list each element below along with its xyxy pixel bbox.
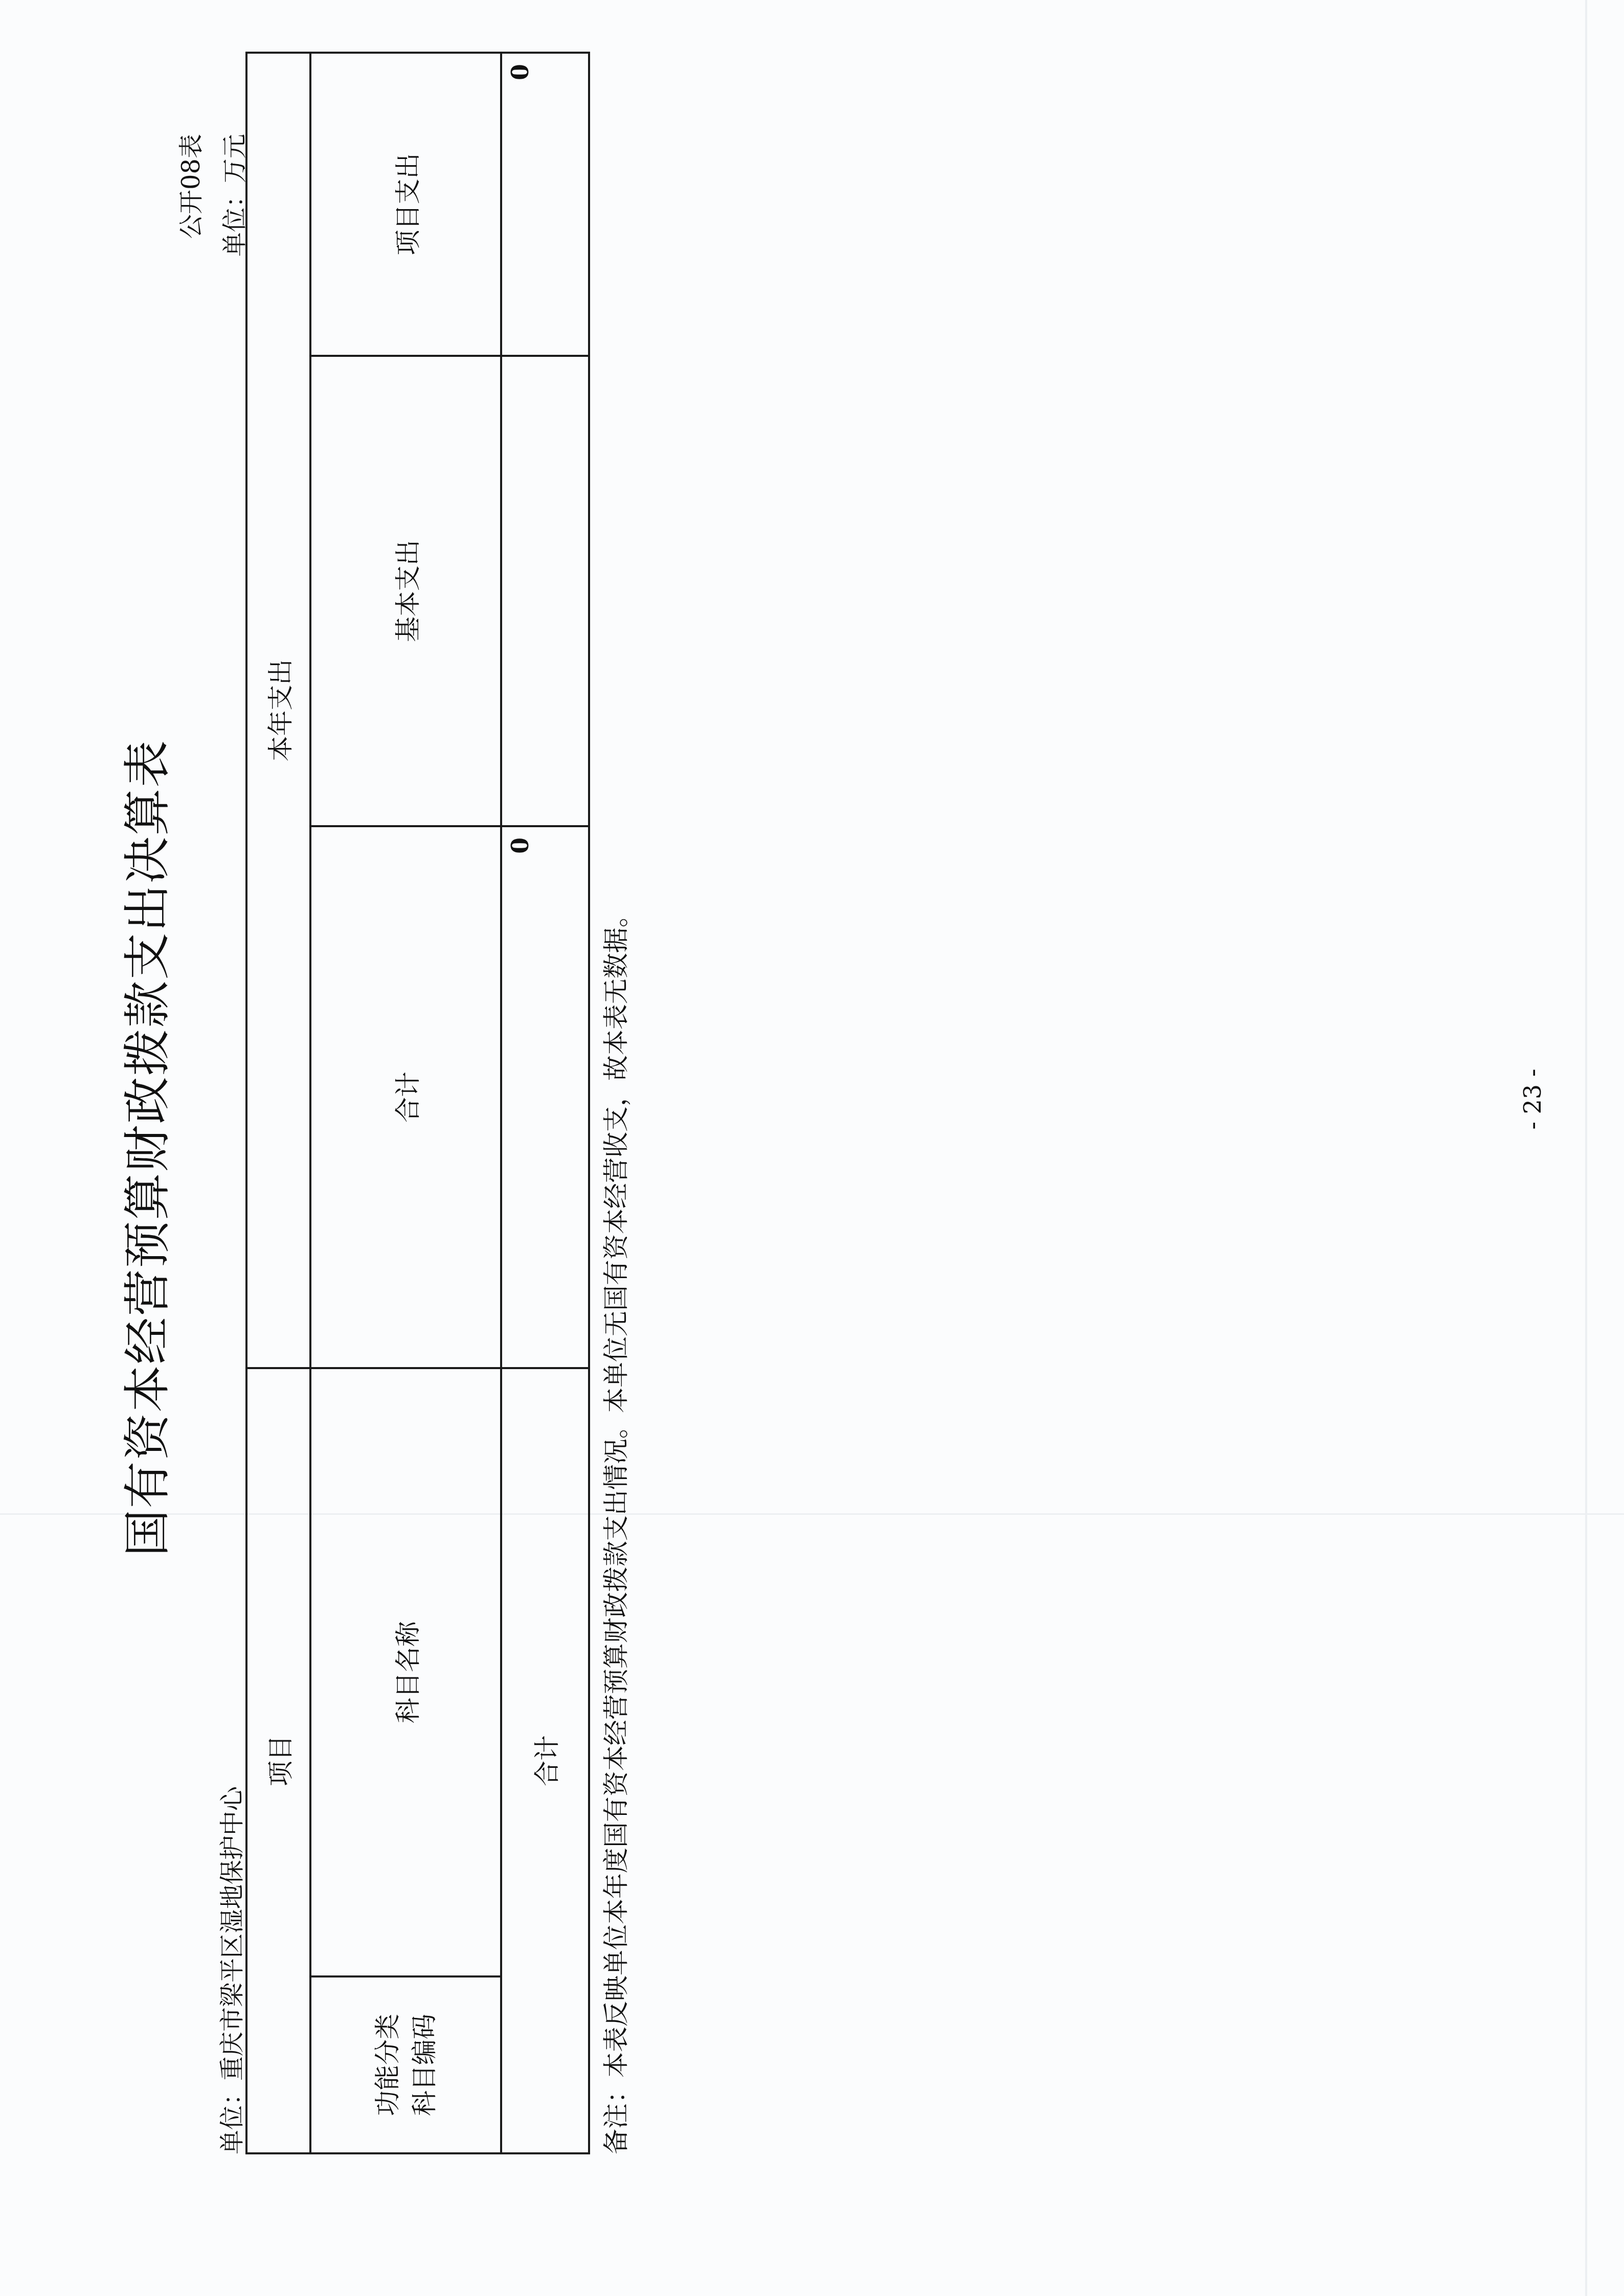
row-label-total: 合计 (501, 1368, 589, 2153)
cell-basic-expenditure (501, 356, 589, 826)
header-basic-expenditure: 基本支出 (310, 356, 501, 826)
header-item: 项目 (246, 1368, 310, 2153)
remark-note: 备注：本表反映单位本年度国有资本经营预算财政拨款支出情况。本单位无国有资本经营收… (596, 902, 633, 2154)
header-subject-name: 科目名称 (310, 1368, 501, 1976)
header-total: 合计 (310, 826, 501, 1368)
cell-project-expenditure: 0 (501, 53, 589, 356)
header-function-code: 功能分类科目编码 (310, 1976, 501, 2153)
reporting-unit: 单位：重庆市梁平区湿地保护中心 (212, 1786, 247, 2154)
table-header-row-columns: 功能分类科目编码 科目名称 合计 基本支出 项目支出 (310, 53, 501, 2153)
unit-of-measure: 单位：万元 (215, 134, 250, 257)
document-page: 国有资本经营预算财政拨款支出决算表 公开08表 单位：万元 单位：重庆市梁平区湿… (0, 0, 1624, 2296)
page-number: - 23 - (1519, 0, 1546, 2296)
table-header-row-group: 项目 本年支出 (246, 53, 310, 2153)
cell-total: 0 (501, 826, 589, 1368)
header-project-expenditure: 项目支出 (310, 53, 501, 356)
form-code: 公开08表 (171, 134, 207, 239)
page-title: 国有资本经营预算财政拨款支出决算表 (110, 0, 177, 2296)
header-current-year-expenditure: 本年支出 (246, 53, 310, 1368)
table-row: 合计 0 0 (501, 53, 589, 2153)
expenditure-table: 项目 本年支出 功能分类科目编码 科目名称 合计 基本支出 项目支出 合计 0 … (245, 52, 590, 2154)
